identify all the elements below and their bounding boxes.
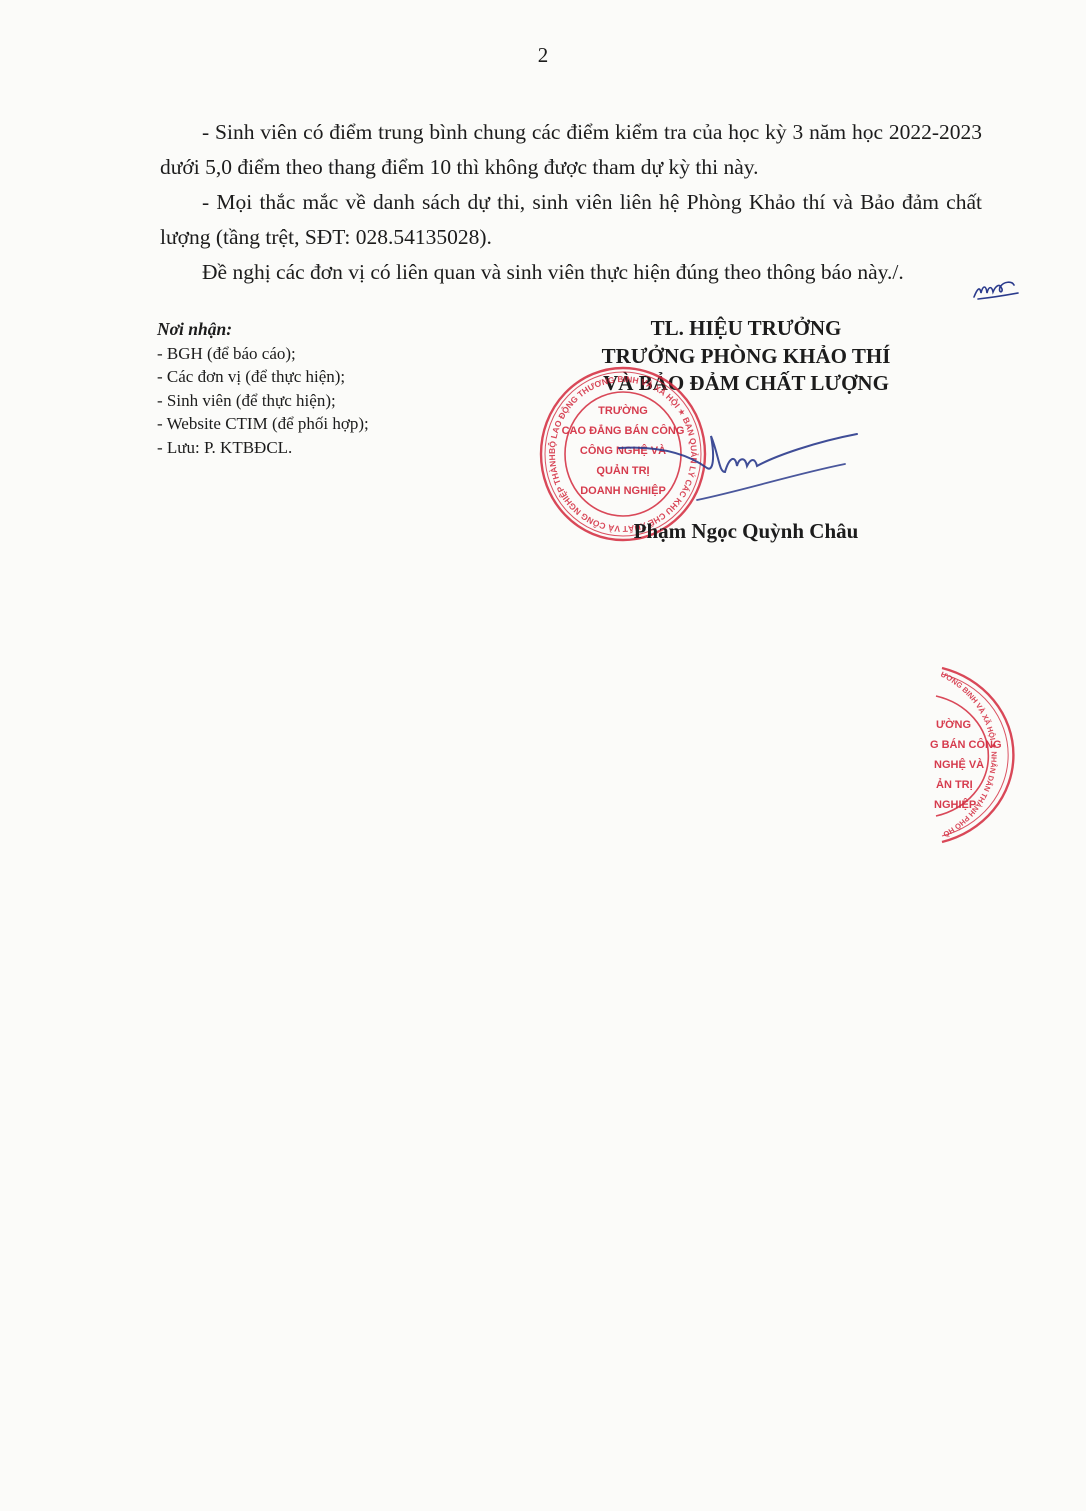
recipient-item: - BGH (để báo cáo);: [157, 342, 369, 366]
svg-text:TRƯỜNG: TRƯỜNG: [598, 404, 648, 417]
initials-mark: [972, 275, 1022, 306]
recipient-item: - Lưu: P. KTBĐCL.: [157, 436, 369, 460]
svg-text:NGHỆ VÀ: NGHỆ VÀ: [934, 758, 984, 771]
recipients-heading: Nơi nhận:: [157, 318, 369, 342]
signature-title-block: TL. HIỆU TRƯỞNG TRƯỞNG PHÒNG KHẢO THÍ VÀ…: [540, 315, 952, 398]
paragraph-contact-info: - Mọi thắc mắc về danh sách dự thi, sinh…: [160, 185, 982, 255]
handwritten-signature: [615, 428, 865, 528]
svg-text:ƯỜNG: ƯỜNG: [936, 718, 971, 731]
svg-text:G BÁN CÔNG: G BÁN CÔNG: [930, 738, 1002, 751]
paragraph-exam-eligibility: - Sinh viên có điểm trung bình chung các…: [160, 115, 982, 185]
signature-title-line: TRƯỞNG PHÒNG KHẢO THÍ: [540, 343, 952, 371]
signer-name: Phạm Ngọc Quỳnh Châu: [540, 519, 952, 544]
recipient-item: - Website CTIM (để phối hợp);: [157, 412, 369, 436]
svg-text:ẢN TRỊ: ẢN TRỊ: [936, 778, 973, 791]
svg-text:ƯƠNG BINH VÀ XÃ HỘI ★ NHÂN DÂN: ƯƠNG BINH VÀ XÃ HỘI ★ NHÂN DÂN THÀNH PHỐ…: [930, 662, 998, 840]
paragraph-closing-request: Đề nghị các đơn vị có liên quan và sinh …: [160, 255, 982, 290]
recipient-item: - Các đơn vị (để thực hiện);: [157, 365, 369, 389]
recipients-list: Nơi nhận: - BGH (để báo cáo); - Các đơn …: [157, 318, 369, 459]
svg-text:NGHIỆP: NGHIỆP: [934, 798, 976, 811]
partial-seal-stamp: ƯƠNG BINH VÀ XÃ HỘI ★ NHÂN DÂN THÀNH PHỐ…: [930, 662, 1040, 853]
recipient-item: - Sinh viên (để thực hiện);: [157, 389, 369, 413]
page-number: 2: [0, 43, 1086, 68]
signature-title-line: VÀ BẢO ĐẢM CHẤT LƯỢNG: [540, 370, 952, 398]
signature-title-line: TL. HIỆU TRƯỞNG: [540, 315, 952, 343]
